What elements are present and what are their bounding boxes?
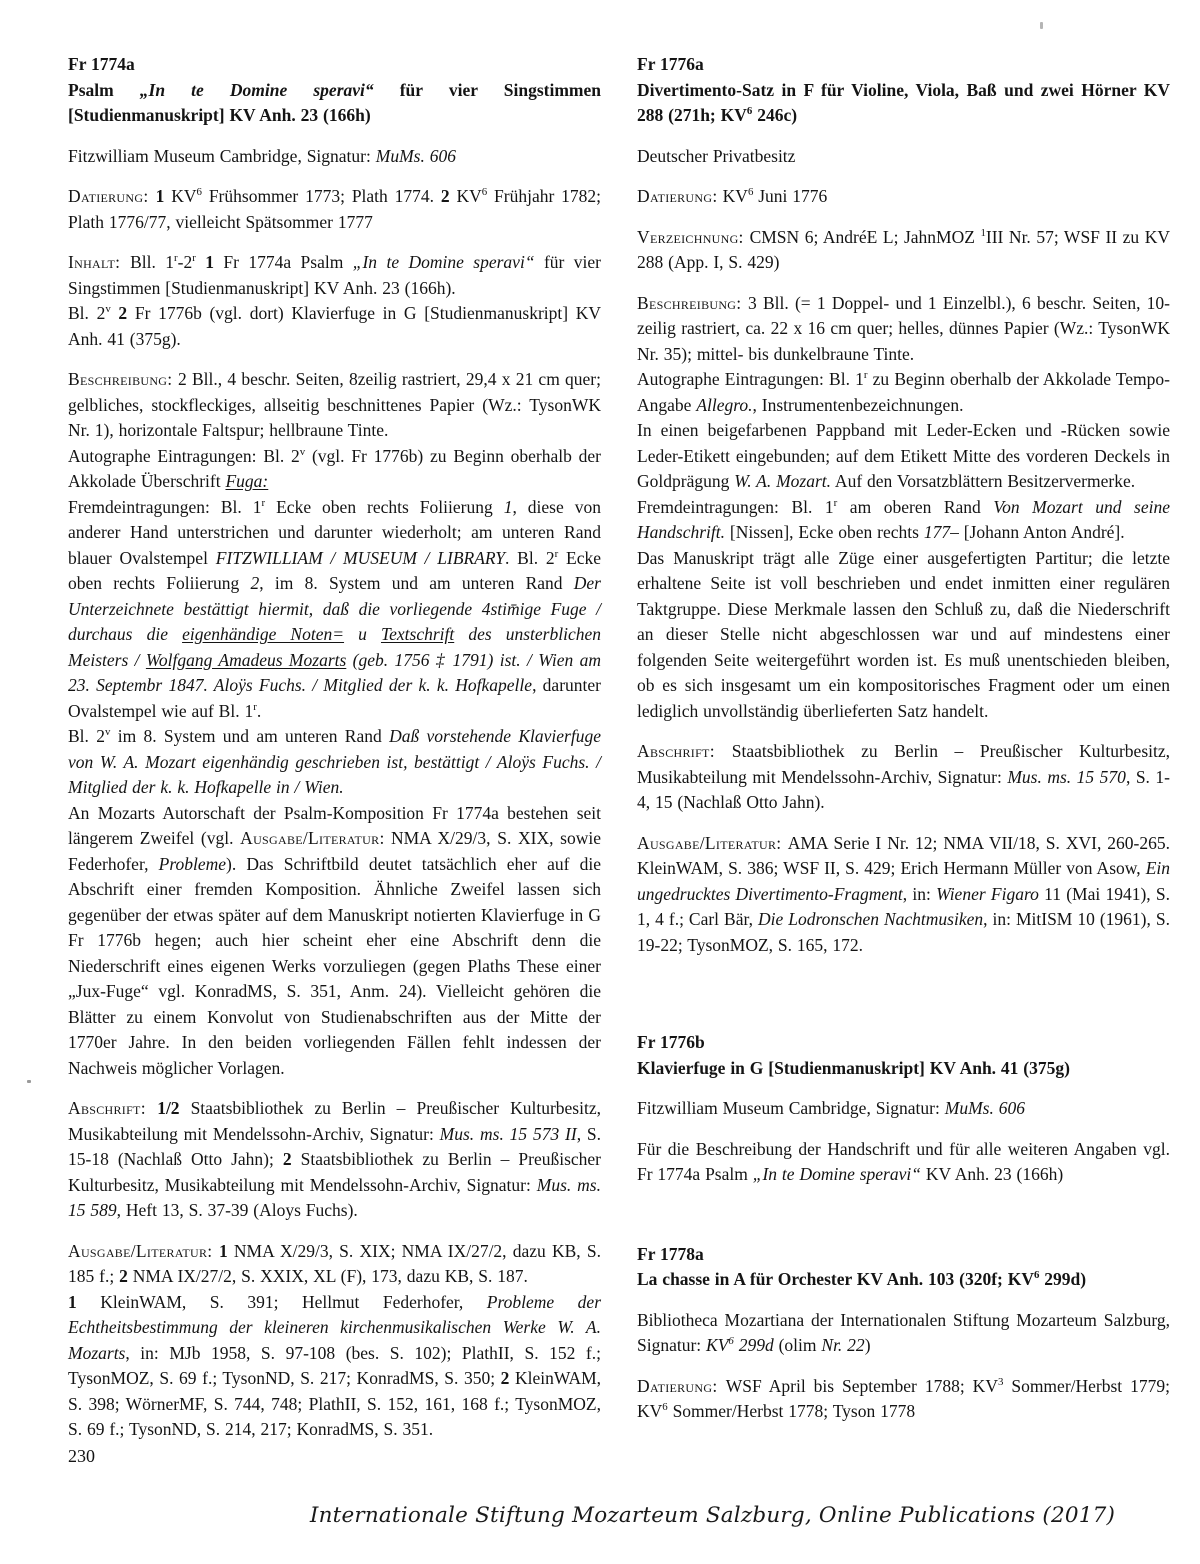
entry-location: Fitzwilliam Museum Cambridge, Signatur: … [68, 144, 601, 170]
entry-fr1776a: Fr 1776a Divertimento-Satz in F für Viol… [637, 52, 1170, 958]
para-ausgabe-2: 1 KleinWAM, S. 391; Hellmut Federhofer, … [68, 1290, 601, 1443]
entry-fr1776b: Fr 1776b Klavierfuge in G [Studienmanusk… [637, 1030, 1170, 1188]
entry-fr1774a: Fr 1774a Psalm „In te Domine speravi“ fü… [68, 52, 601, 1443]
page-number: 230 [68, 1444, 95, 1468]
para-beschreibung-2: Autographe Eintragungen: Bl. 1r zu Begin… [637, 367, 1170, 418]
para-abschrift: Abschrift: Staatsbibliothek zu Berlin – … [637, 739, 1170, 816]
para-beschreibung-1: Beschreibung: 2 Bll., 4 beschr. Seiten, … [68, 367, 601, 444]
scanned-catalog-page: Fr 1774a Psalm „In te Domine speravi“ fü… [0, 0, 1200, 1564]
entry-title: Klavierfuge in G [Studienmanuskript] KV … [637, 1056, 1170, 1082]
para-ausgabe: Ausgabe/Literatur: AMA Serie I Nr. 12; N… [637, 831, 1170, 959]
para-abschrift: Abschrift: 1/2 Staatsbibliothek zu Berli… [68, 1096, 601, 1224]
entry-location: Bibliotheca Mozartiana der International… [637, 1308, 1170, 1359]
para-beschreibung-5: Das Manuskript trägt alle Züge einer aus… [637, 546, 1170, 725]
para-note: Für die Beschreibung der Handschrift und… [637, 1137, 1170, 1188]
left-column: Fr 1774a Psalm „In te Domine speravi“ fü… [68, 52, 601, 1443]
para-beschreibung-1: Beschreibung: 3 Bll. (= 1 Doppel- und 1 … [637, 291, 1170, 368]
para-beschreibung-5: An Mozarts Autorschaft der Psalm-Komposi… [68, 801, 601, 1082]
para-ausgabe-1: Ausgabe/Literatur: 1 NMA X/29/3, S. XIX;… [68, 1239, 601, 1290]
entry-id: Fr 1776a [637, 52, 1170, 78]
para-beschreibung-2: Autographe Eintragungen: Bl. 2v (vgl. Fr… [68, 444, 601, 495]
para-beschreibung-4: Fremdeintragungen: Bl. 1r am oberen Rand… [637, 495, 1170, 546]
para-beschreibung-4: Bl. 2v im 8. System und am unteren Rand … [68, 724, 601, 801]
entry-id: Fr 1776b [637, 1030, 1170, 1056]
para-beschreibung-3: In einen beigefarbenen Pappband mit Lede… [637, 418, 1170, 495]
para-datierung: Datierung: WSF April bis September 1788;… [637, 1374, 1170, 1425]
right-column: Fr 1776a Divertimento-Satz in F für Viol… [637, 52, 1170, 1425]
scan-artifact [1040, 22, 1043, 29]
scan-artifact [27, 1080, 31, 1083]
para-verzeichnung: Verzeichnung: CMSN 6; AndréE L; JahnMOZ … [637, 225, 1170, 276]
entry-location: Fitzwilliam Museum Cambridge, Signatur: … [637, 1096, 1170, 1122]
entry-title: La chasse in A für Orchester KV Anh. 103… [637, 1267, 1170, 1293]
entry-title: Psalm „In te Domine speravi“ für vier Si… [68, 78, 601, 129]
para-inhalt-1: Inhalt: Bll. 1r-2r 1 Fr 1774a Psalm „In … [68, 250, 601, 301]
entry-id: Fr 1778a [637, 1242, 1170, 1268]
para-beschreibung-3: Fremdeintragungen: Bl. 1r Ecke oben rech… [68, 495, 601, 725]
entry-title: Divertimento-Satz in F für Violine, Viol… [637, 78, 1170, 129]
para-inhalt-2: Bl. 2v 2 Fr 1776b (vgl. dort) Klavierfug… [68, 301, 601, 352]
para-datierung: Datierung: KV6 Juni 1776 [637, 184, 1170, 210]
footer-credit: Internationale Stiftung Mozarteum Salzbu… [0, 1503, 1200, 1528]
entry-id: Fr 1774a [68, 52, 601, 78]
para-datierung: Datierung: 1 KV6 Frühsommer 1773; Plath … [68, 184, 601, 235]
entry-location: Deutscher Privatbesitz [637, 144, 1170, 170]
entry-fr1778a: Fr 1778a La chasse in A für Orchester KV… [637, 1242, 1170, 1425]
